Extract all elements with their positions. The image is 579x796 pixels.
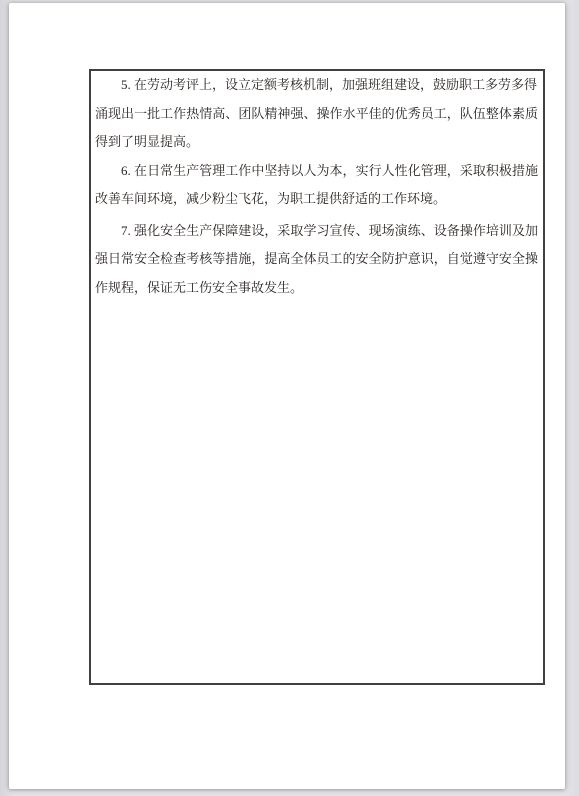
text-line: 5. 在劳动考评上，设立定额考核机制，加强班组建设，鼓励职工多劳多得， — [95, 71, 538, 100]
text-line: 作规程，保证无工伤安全事故发生。 — [95, 274, 538, 303]
paragraph: 5. 在劳动考评上，设立定额考核机制，加强班组建设，鼓励职工多劳多得，涌现出一批… — [95, 71, 538, 157]
document-page: 5. 在劳动考评上，设立定额考核机制，加强班组建设，鼓励职工多劳多得，涌现出一批… — [9, 3, 565, 789]
app-canvas: 5. 在劳动考评上，设立定额考核机制，加强班组建设，鼓励职工多劳多得，涌现出一批… — [0, 0, 579, 796]
paragraph: 6. 在日常生产管理工作中坚持以人为本，实行人性化管理，采取积极措施改善车间环境… — [95, 157, 538, 214]
text-line: 7. 强化安全生产保障建设，采取学习宣传、现场演练、设备操作培训及加 — [95, 217, 538, 246]
text-line: 6. 在日常生产管理工作中坚持以人为本，实行人性化管理，采取积极措施 — [95, 157, 538, 186]
paragraph: 7. 强化安全生产保障建设，采取学习宣传、现场演练、设备操作培训及加强日常安全检… — [95, 217, 538, 303]
text-line: 改善车间环境，减少粉尘飞花，为职工提供舒适的工作环境。 — [95, 185, 538, 214]
text-line: 得到了明显提高。 — [95, 128, 538, 157]
table-cell[interactable]: 5. 在劳动考评上，设立定额考核机制，加强班组建设，鼓励职工多劳多得，涌现出一批… — [89, 69, 545, 685]
text-line: 涌现出一批工作热情高、团队精神强、操作水平佳的优秀员工，队伍整体素质 — [95, 100, 538, 129]
text-line: 强日常安全检查考核等措施，提高全体员工的安全防护意识，自觉遵守安全操 — [95, 245, 538, 274]
